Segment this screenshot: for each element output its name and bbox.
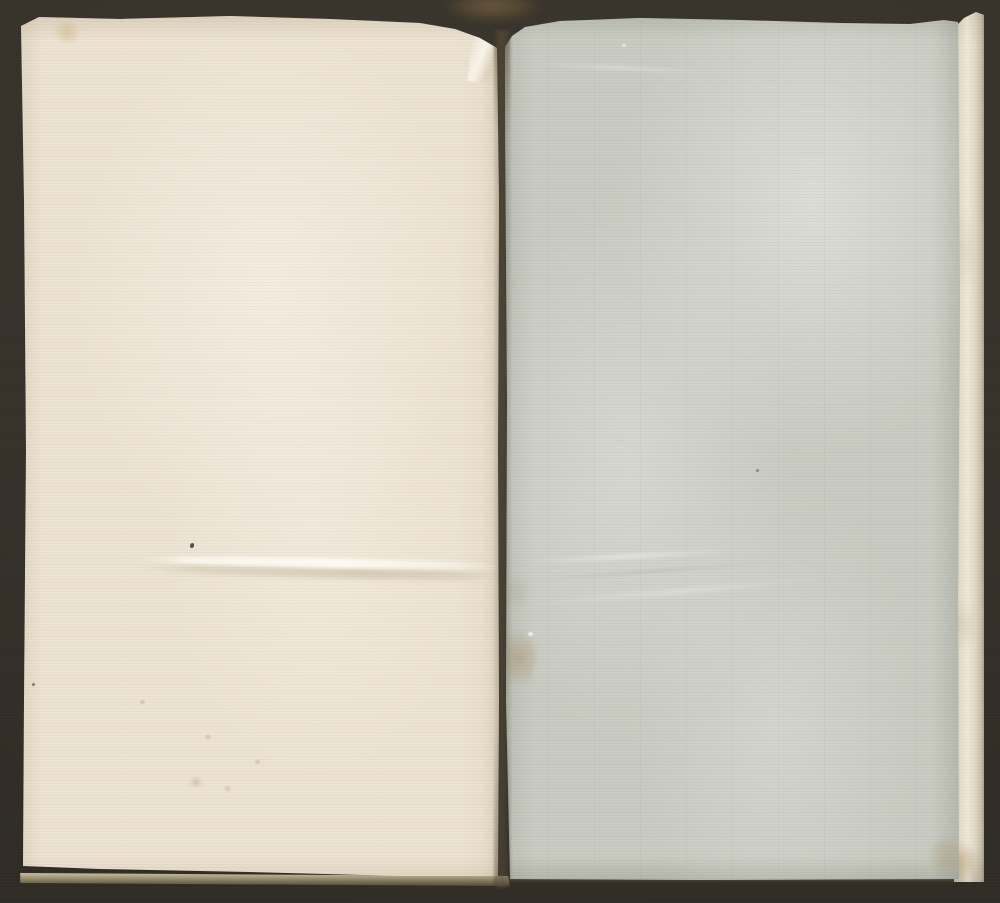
right-page-wrinkle bbox=[512, 548, 742, 565]
right-page-speck bbox=[756, 469, 759, 472]
right-page-stain-fore-edge bbox=[930, 832, 962, 880]
left-page-ink-speck bbox=[190, 543, 194, 548]
left-page bbox=[18, 15, 502, 883]
right-page-wrinkle-shadow bbox=[520, 561, 780, 582]
right-page-laid-texture bbox=[502, 14, 960, 882]
left-page-foxing-dot bbox=[255, 760, 260, 764]
right-page-wrinkle bbox=[528, 576, 827, 607]
right-page-white-fleck bbox=[622, 44, 626, 47]
left-page-laid-texture bbox=[18, 15, 502, 883]
right-page-wrinkle bbox=[532, 62, 712, 74]
left-page-stain-bottom-small bbox=[223, 785, 232, 792]
right-page-chain-lines bbox=[502, 14, 960, 882]
spine-head-shadow bbox=[424, 0, 562, 26]
page-gutter-shadow bbox=[494, 30, 510, 888]
left-page-foxing-dot bbox=[140, 700, 145, 704]
left-page-stain-bottom bbox=[188, 777, 204, 787]
left-page-stain-top-left bbox=[54, 21, 80, 43]
book-scan-stage bbox=[0, 0, 1000, 903]
right-page-white-fleck bbox=[528, 632, 533, 636]
right-page bbox=[502, 14, 960, 882]
left-page-foxing-dot bbox=[205, 735, 211, 739]
left-page-edge-speck bbox=[32, 683, 35, 686]
